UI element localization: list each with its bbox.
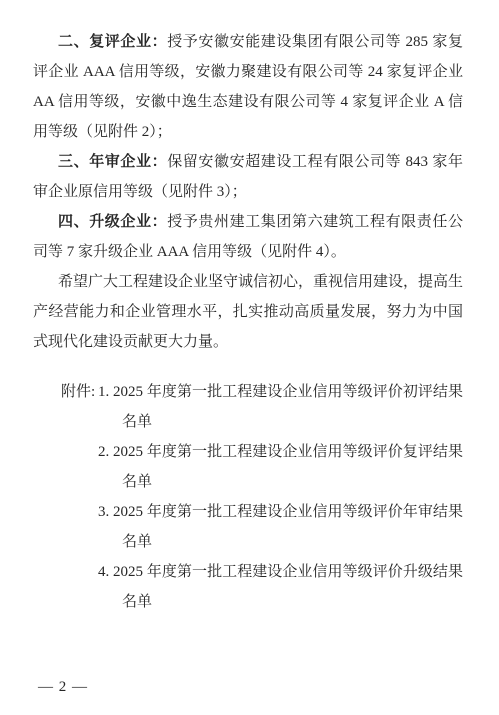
body-paragraph-review: 二、复评企业：授予安徽安能建设集团有限公司等 285 家复评企业 AAA 信用等… bbox=[33, 27, 463, 147]
paragraph-lead: 四、升级企业： bbox=[58, 214, 167, 230]
attachments-list: 1. 2025 年度第一批工程建设企业信用等级评价初评结果名单 2. 2025 … bbox=[98, 377, 463, 617]
body-paragraph-closing: 希望广大工程建设企业坚守诚信初心，重视信用建设，提高生产经营能力和企业管理水平，… bbox=[33, 267, 463, 357]
document-page: 二、复评企业：授予安徽安能建设集团有限公司等 285 家复评企业 AAA 信用等… bbox=[0, 0, 499, 715]
attachment-item: 2. 2025 年度第一批工程建设企业信用等级评价复评结果名单 bbox=[98, 437, 463, 497]
body-paragraph-annual: 三、年审企业：保留安徽安超建设工程有限公司等 843 家年审企业原信用等级（见附… bbox=[33, 147, 463, 207]
attachments-section: 附件: 1. 2025 年度第一批工程建设企业信用等级评价初评结果名单 2. 2… bbox=[61, 377, 463, 617]
attachment-item: 4. 2025 年度第一批工程建设企业信用等级评价升级结果名单 bbox=[98, 557, 463, 617]
page-number: — 2 — bbox=[38, 677, 88, 697]
attachments-label: 附件: bbox=[61, 377, 98, 617]
paragraph-lead: 二、复评企业： bbox=[58, 34, 167, 50]
attachment-item: 3. 2025 年度第一批工程建设企业信用等级评价年审结果名单 bbox=[98, 497, 463, 557]
body-paragraph-upgrade: 四、升级企业：授予贵州建工集团第六建筑工程有限责任公司等 7 家升级企业 AAA… bbox=[33, 207, 463, 267]
attachment-item: 1. 2025 年度第一批工程建设企业信用等级评价初评结果名单 bbox=[98, 377, 463, 437]
document-body: 二、复评企业：授予安徽安能建设集团有限公司等 285 家复评企业 AAA 信用等… bbox=[33, 27, 463, 617]
paragraph-lead: 三、年审企业： bbox=[58, 154, 167, 170]
paragraph-text: 希望广大工程建设企业坚守诚信初心，重视信用建设，提高生产经营能力和企业管理水平，… bbox=[33, 274, 463, 350]
